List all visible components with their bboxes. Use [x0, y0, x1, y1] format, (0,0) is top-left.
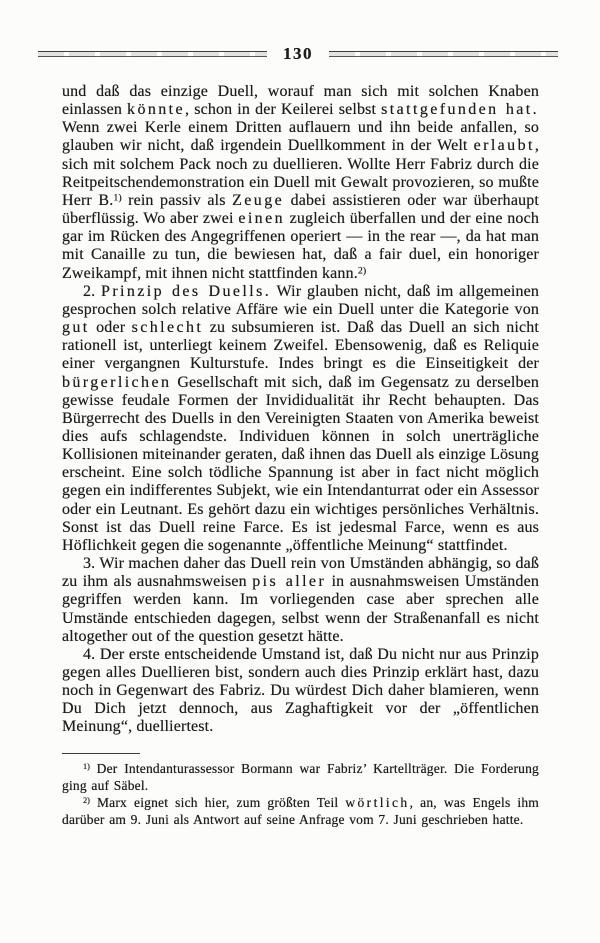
header-rule-right	[329, 51, 558, 57]
book-page: 130 und daß das einzige Duell, worauf ma…	[0, 0, 600, 943]
paragraph-1: und daß das einzige Duell, worauf man si…	[62, 83, 539, 283]
paragraph-2: 2. Prinzip des Duells. Wir glauben nicht…	[62, 283, 539, 555]
page-header: 130	[38, 44, 558, 64]
header-rule-left	[38, 51, 267, 57]
footnote-2: 2) Marx eignet sich hier, zum größten Te…	[62, 794, 539, 828]
page-number: 130	[283, 45, 313, 62]
footnote-separator	[62, 753, 140, 754]
footnote-1: 1) Der Intendanturassessor Bormann war F…	[62, 760, 539, 794]
paragraph-3: 3. Wir machen daher das Duell rein von U…	[62, 555, 539, 646]
footnotes: 1) Der Intendanturassessor Bormann war F…	[62, 760, 539, 828]
body-text: und daß das einzige Duell, worauf man si…	[62, 83, 539, 737]
paragraph-4: 4. Der erste entscheidende Umstand ist, …	[62, 646, 539, 737]
